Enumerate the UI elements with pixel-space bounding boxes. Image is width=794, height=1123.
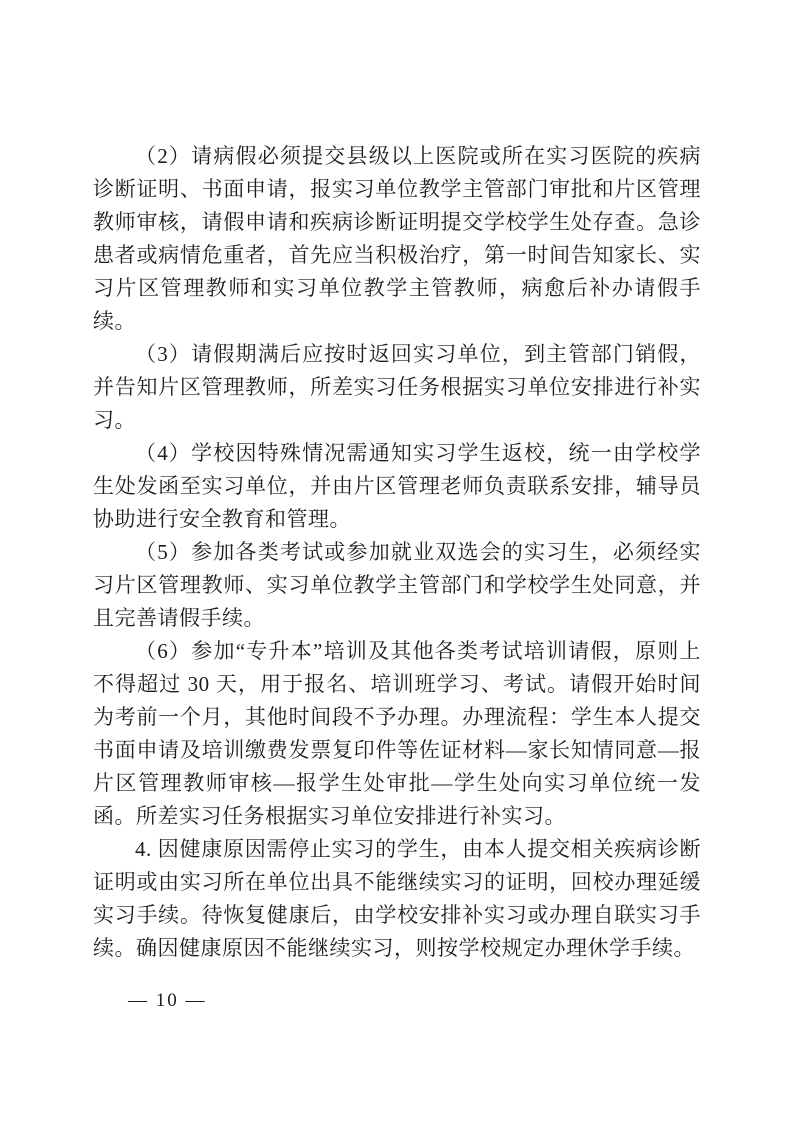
paragraph-leave-return: （3）请假期满后应按时返回实习单位，到主管部门销假，并告知片区管理教师，所差实习… bbox=[93, 338, 701, 437]
document-body: （2）请病假必须提交县级以上医院或所在实习医院的疾病诊断证明、书面申请，报实习单… bbox=[93, 140, 701, 965]
page-number: — 10 — bbox=[128, 990, 207, 1012]
paragraph-training-leave: （6）参加“专升本”培训及其他各类考试培训请假，原则上不得超过 30 天，用于报… bbox=[93, 635, 701, 833]
paragraph-sick-leave: （2）请病假必须提交县级以上医院或所在实习医院的疾病诊断证明、书面申请，报实习单… bbox=[93, 140, 701, 338]
document-page: （2）请病假必须提交县级以上医院或所在实习医院的疾病诊断证明、书面申请，报实习单… bbox=[0, 0, 794, 1123]
paragraph-exam-leave: （5）参加各类考试或参加就业双选会的实习生，必须经实习片区管理教师、实习单位教学… bbox=[93, 536, 701, 635]
paragraph-school-recall: （4）学校因特殊情况需通知实习学生返校，统一由学校学生处发函至实习单位，并由片区… bbox=[93, 437, 701, 536]
paragraph-health-suspension: 4. 因健康原因需停止实习的学生，由本人提交相关疾病诊断证明或由实习所在单位出具… bbox=[93, 833, 701, 965]
